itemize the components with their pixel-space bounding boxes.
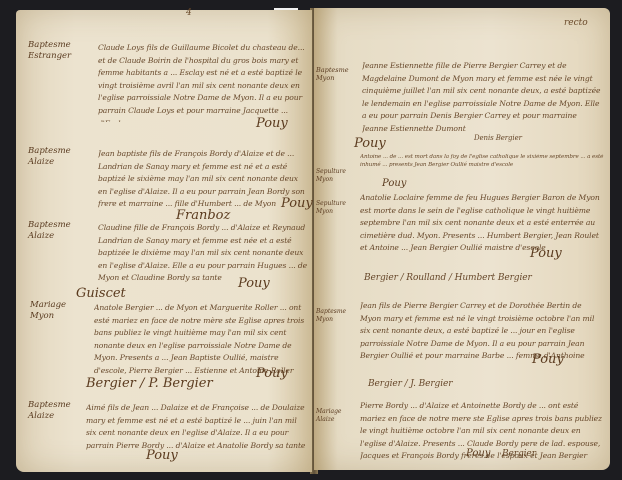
witness-signature: Bergier / J. Bergier bbox=[368, 378, 452, 391]
register-entry: Claude Loys fils de Guillaume Bicolet du… bbox=[98, 42, 308, 122]
margin-label: Baptesme Alaize bbox=[28, 146, 78, 168]
margin-label: Mariage Myon bbox=[30, 300, 80, 322]
signature: Pouy bbox=[256, 116, 288, 131]
signature: Pouy bbox=[532, 352, 564, 367]
signature: Pouy bbox=[281, 196, 313, 211]
folio-number: recto bbox=[564, 18, 588, 28]
witness-signature: Guiscet bbox=[76, 286, 126, 301]
margin-label: Baptesme Estranger bbox=[28, 40, 78, 62]
signature: Pouy bbox=[238, 276, 270, 291]
signature: Pouy bbox=[382, 178, 406, 189]
register-entry: Anatolie Loclaire femme de feu Hugues Be… bbox=[360, 192, 604, 264]
register-entry: Jeanne Estiennette fille de Pierre Bergi… bbox=[362, 60, 602, 140]
witness-signature: Denis Bergier bbox=[474, 132, 522, 145]
margin-label: Sepulture Myon bbox=[316, 168, 366, 184]
signature: Pouy bbox=[466, 448, 490, 459]
margin-label: Baptesme Myon bbox=[316, 308, 366, 324]
margin-label: Baptesme Alaize bbox=[28, 400, 78, 422]
register-entry: Jean fils de Pierre Bergier Carrey et de… bbox=[360, 300, 604, 364]
margin-label: Mariage Alaize bbox=[316, 408, 366, 424]
witness-signature: Franboz bbox=[176, 208, 230, 223]
signature: Pouy bbox=[530, 246, 562, 261]
witness-signature: Bergier / P. Bergier bbox=[86, 376, 213, 391]
register-entry: Aimé fils de Jean ... Dalaize et de Fran… bbox=[86, 402, 308, 454]
folio-number: 4 bbox=[186, 8, 192, 18]
signature: Pouy bbox=[354, 136, 386, 151]
right-page: recto Baptesme Myon Jeanne Estiennette f… bbox=[314, 8, 610, 470]
register-entry: Jean baptiste fils de François Bordy d'A… bbox=[98, 148, 308, 212]
witness-signature: Bergier / Roulland / Humbert Bergier bbox=[364, 272, 604, 285]
signature: Pouy bbox=[256, 366, 288, 381]
margin-label: Sepulture Myon bbox=[316, 200, 366, 216]
margin-label: Baptesme Alaize bbox=[28, 220, 78, 242]
margin-label: Baptesme Myon bbox=[316, 66, 366, 82]
left-page: 4 Baptesme Estranger Claude Loys fils de… bbox=[16, 10, 312, 472]
register-entry: Claudine fille de François Bordy ... d'A… bbox=[98, 222, 308, 284]
witness-signature: Bergier bbox=[502, 448, 536, 461]
signature: Pouy bbox=[146, 448, 178, 463]
